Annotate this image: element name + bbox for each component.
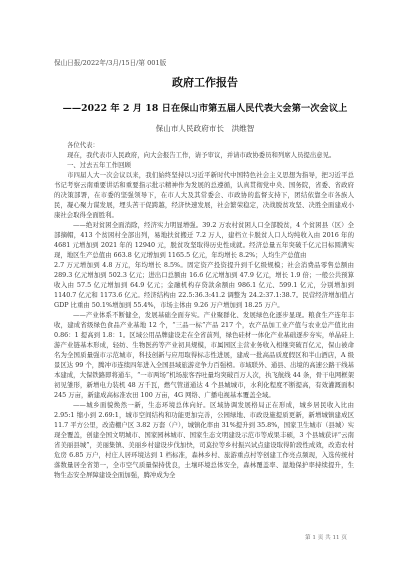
author-line: 保山市人民政府市长 洪维智 bbox=[0, 123, 410, 134]
body-paragraph: 市四届人大一次会议以来，我们始终坚持以习近平新时代中国特色社会主义思想为指导，把… bbox=[54, 170, 354, 220]
document-page: 保山日报/2022年/3月/15日/第 001版 政府工作报告 ——2022 年… bbox=[0, 0, 410, 580]
body-paragraph: ——绝对贫困全面消除，经济实力明显增强。39.2 万农村贫困人口全部脱贫，4 个… bbox=[54, 220, 354, 260]
body-paragraph: 现在，我代表市人民政府，向大会报告工作，请予审议，并请市政协委员和列席人员提出意… bbox=[54, 150, 354, 160]
document-title: 政府工作报告 bbox=[0, 74, 410, 90]
section-heading: 一、过去五年工作回顾 bbox=[54, 160, 354, 170]
body-paragraph: ——产业体系不断健全，发展基础全面夯实。产业聚群化、发展绿色化逐步显现。粮食生产… bbox=[54, 310, 354, 400]
body-paragraph: ——城乡面貌焕然一新，生态环境总体向好。区域协调发展格局正在形成，城乡居民收入比… bbox=[54, 400, 354, 480]
salutation: 各位代表： bbox=[54, 140, 354, 150]
source-line: 保山日报/2022年/3月/15日/第 001版 bbox=[54, 57, 166, 67]
page-number: 第 1 页 共 11 页 bbox=[305, 533, 347, 541]
document-subtitle: ——2022 年 2 月 18 日在保山市第五届人民代表大会第一次会议上 bbox=[0, 100, 410, 114]
body-paragraph: 2.7 万元增加到 4.8 万元，年均增长 8.5%。固定资产投资提升到千亿级规… bbox=[54, 260, 354, 310]
document-body: 各位代表： 现在，我代表市人民政府，向大会报告工作，请予审议，并请市政协委员和列… bbox=[54, 140, 354, 480]
